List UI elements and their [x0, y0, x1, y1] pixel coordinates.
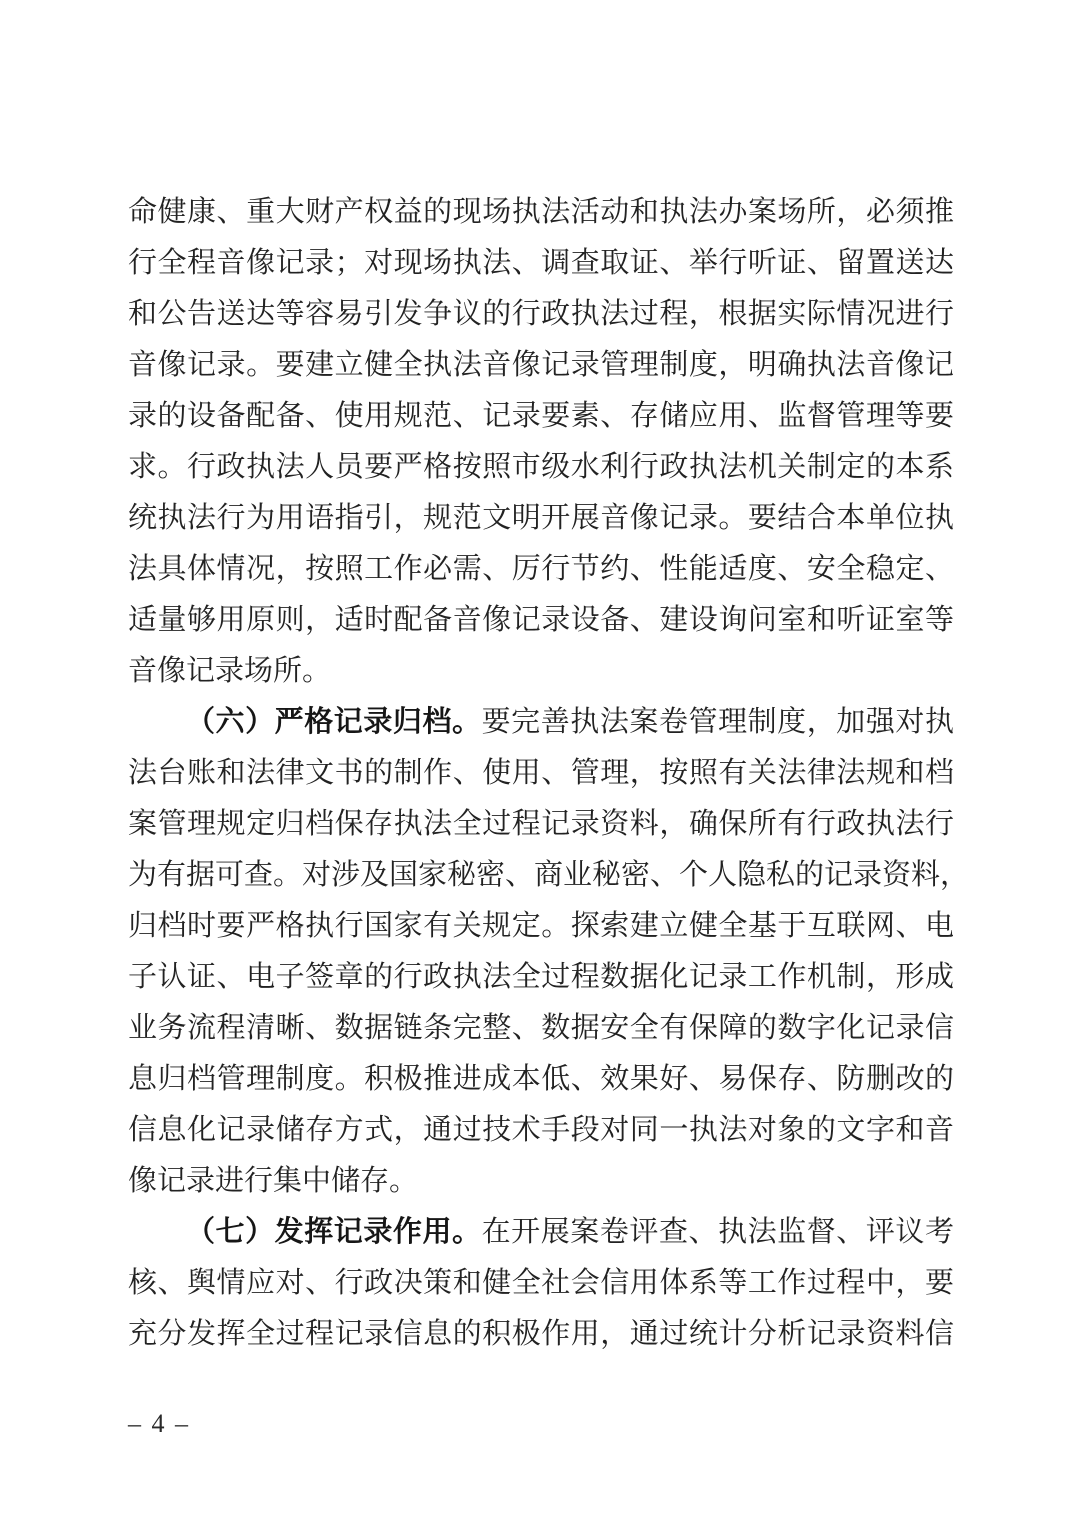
body-line: 信息化记录储存方式，通过技术手段对同一执法对象的文字和音: [128, 1105, 954, 1156]
body-line: 录的设备配备、使用规范、记录要素、存储应用、监督管理等要: [128, 391, 954, 442]
body-line: 音像记录。要建立健全执法音像记录管理制度，明确执法音像记: [128, 340, 954, 391]
document-page: 命健康、重大财产权益的现场执法活动和执法办案场所，必须推 行全程音像记录；对现场…: [0, 0, 1074, 1520]
document-text-block: 命健康、重大财产权益的现场执法活动和执法办案场所，必须推 行全程音像记录；对现场…: [128, 187, 954, 1360]
body-line: 充分发挥全过程记录信息的积极作用，通过统计分析记录资料信: [128, 1309, 954, 1360]
body-line: 核、舆情应对、行政决策和健全社会信用体系等工作过程中，要: [128, 1258, 954, 1309]
paragraph-heading-line: （七）发挥记录作用。在开展案卷评查、执法监督、评议考: [128, 1207, 954, 1258]
body-line: 统执法行为用语指引，规范文明开展音像记录。要结合本单位执: [128, 493, 954, 544]
body-line: 像记录进行集中储存。: [128, 1156, 954, 1207]
body-line: 为有据可查。对涉及国家秘密、商业秘密、个人隐私的记录资料，: [128, 850, 954, 901]
body-line: 音像记录场所。: [128, 646, 954, 697]
paragraph-heading-line: （六）严格记录归档。要完善执法案卷管理制度，加强对执: [128, 697, 954, 748]
body-line: 法具体情况，按照工作必需、厉行节约、性能适度、安全稳定、: [128, 544, 954, 595]
body-line: 案管理规定归档保存执法全过程记录资料，确保所有行政执法行: [128, 799, 954, 850]
body-line: 和公告送达等容易引发争议的行政执法过程，根据实际情况进行: [128, 289, 954, 340]
paragraph-heading: （七）发挥记录作用。: [186, 1216, 482, 1248]
body-line: 息归档管理制度。积极推进成本低、效果好、易保存、防删改的: [128, 1054, 954, 1105]
body-line: 适量够用原则，适时配备音像记录设备、建设询问室和听证室等: [128, 595, 954, 646]
paragraph-body-text: 在开展案卷评查、执法监督、评议考: [482, 1216, 954, 1248]
body-line: 求。行政执法人员要严格按照市级水利行政执法机关制定的本系: [128, 442, 954, 493]
paragraph-heading: （六）严格记录归档。: [186, 706, 482, 738]
body-line: 业务流程清晰、数据链条完整、数据安全有保障的数字化记录信: [128, 1003, 954, 1054]
body-line: 归档时要严格执行国家有关规定。探索建立健全基于互联网、电: [128, 901, 954, 952]
paragraph-body-text: 要完善执法案卷管理制度，加强对执: [482, 706, 954, 738]
body-line: 法台账和法律文书的制作、使用、管理，按照有关法律法规和档: [128, 748, 954, 799]
body-line: 行全程音像记录；对现场执法、调查取证、举行听证、留置送达: [128, 238, 954, 289]
page-number: – 4 –: [128, 1408, 190, 1440]
body-line: 命健康、重大财产权益的现场执法活动和执法办案场所，必须推: [128, 187, 954, 238]
body-line: 子认证、电子签章的行政执法全过程数据化记录工作机制，形成: [128, 952, 954, 1003]
